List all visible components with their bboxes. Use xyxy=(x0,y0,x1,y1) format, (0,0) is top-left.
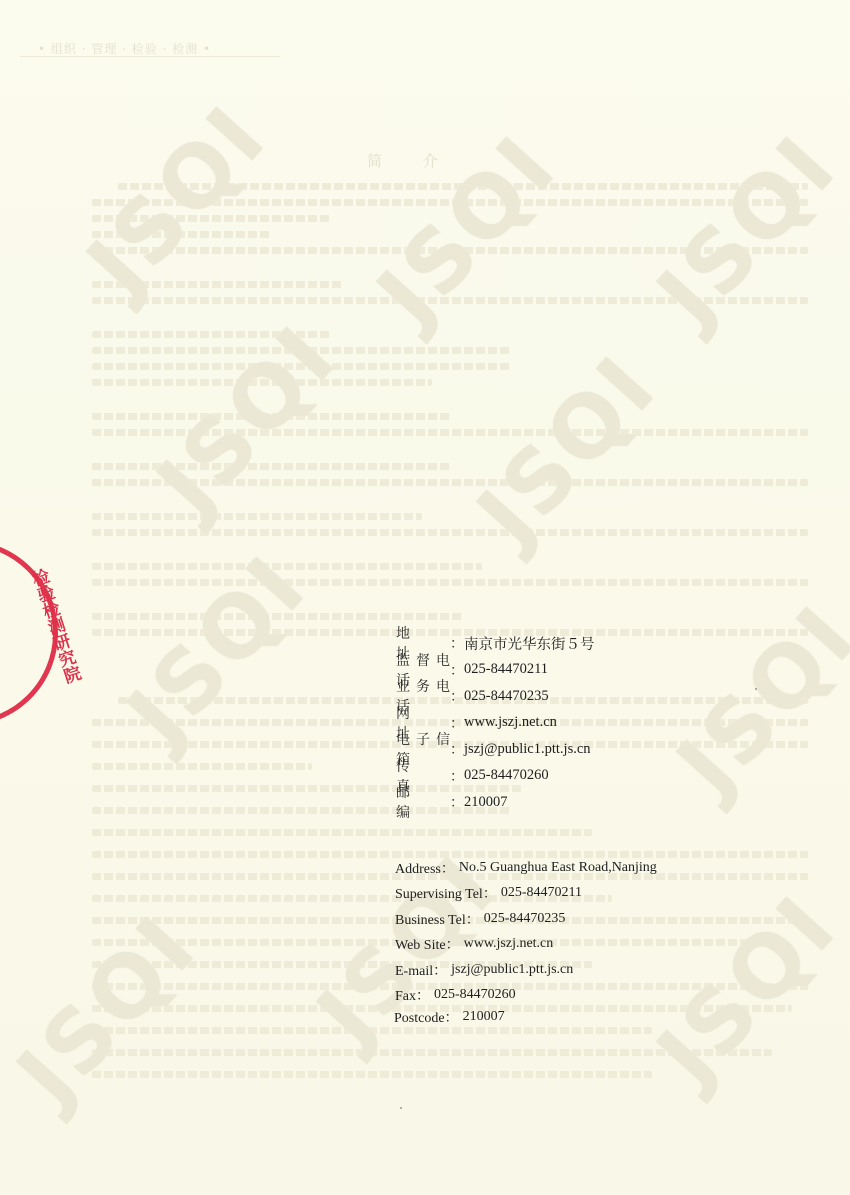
intro-title: 简 介 xyxy=(367,150,456,171)
document-page: • 组织 · 管理 · 检验 · 检测 • 简 介 xyxy=(0,0,850,1195)
contact-row-postcode: 邮 编：210007 xyxy=(396,789,595,816)
running-header: • 组织 · 管理 · 检验 · 检测 • xyxy=(38,40,211,57)
website-link[interactable]: www.jszj.net.cn xyxy=(464,936,554,952)
contact-value: 025-84470211 xyxy=(501,885,582,901)
email-link[interactable]: jszj@public1.ptt.js.cn xyxy=(464,741,591,758)
contact-value: 210007 xyxy=(464,794,508,811)
contact-row-postcode: Postcode：210007 xyxy=(394,1008,657,1026)
contact-value: 025-84470260 xyxy=(464,767,549,784)
watermark: JSQI xyxy=(638,877,850,1104)
contact-row-email: E-mail：jszj@public1.ptt.js.cn xyxy=(395,957,657,983)
contact-row-website: Web Site：www.jszj.net.cn xyxy=(395,932,657,958)
scan-speck xyxy=(755,688,757,690)
contact-value: No.5 Guanghua East Road,Nanjing xyxy=(459,860,657,876)
watermark: JSQI xyxy=(638,117,850,344)
contact-row-fax: Fax：025-84470260 xyxy=(395,983,657,1009)
contact-row-address: Address：No.5 Guanghua East Road,Nanjing xyxy=(395,855,657,881)
website-link[interactable]: www.jszj.net.cn xyxy=(464,714,557,731)
contact-label: Postcode： xyxy=(394,1007,459,1027)
scan-speck xyxy=(400,1107,402,1109)
contact-value: 025-84470235 xyxy=(464,688,549,705)
email-link[interactable]: jszj@public1.ptt.js.cn xyxy=(451,962,573,978)
contact-row-supervising-tel: Supervising Tel：025-84470211 xyxy=(395,881,657,907)
contact-label: Business Tel： xyxy=(395,909,480,929)
contact-row-business-tel: Business Tel：025-84470235 xyxy=(395,906,657,932)
contact-value: 025-84470211 xyxy=(464,661,548,678)
contact-label: Fax： xyxy=(395,985,430,1005)
contact-value: 025-84470260 xyxy=(434,987,516,1003)
contact-label: Web Site： xyxy=(395,934,460,954)
watermark: JSQI xyxy=(108,537,326,764)
contact-label: Address： xyxy=(395,858,455,878)
contact-label: 邮 编 xyxy=(396,782,450,822)
contact-value: 025-84470235 xyxy=(484,911,566,927)
contact-label: E-mail： xyxy=(395,960,447,980)
header-rule xyxy=(20,56,280,57)
watermark: JSQI xyxy=(138,307,356,534)
contact-value: 210007 xyxy=(463,1009,505,1025)
contact-label: Supervising Tel： xyxy=(395,883,497,903)
contact-block-chinese: 地 址：南京市光华东街５号 监督电话：025-84470211 业务电话：025… xyxy=(396,630,595,816)
contact-value: 南京市光华东街５号 xyxy=(464,633,595,654)
contact-block-english: Address：No.5 Guanghua East Road,Nanjing … xyxy=(395,855,657,1026)
